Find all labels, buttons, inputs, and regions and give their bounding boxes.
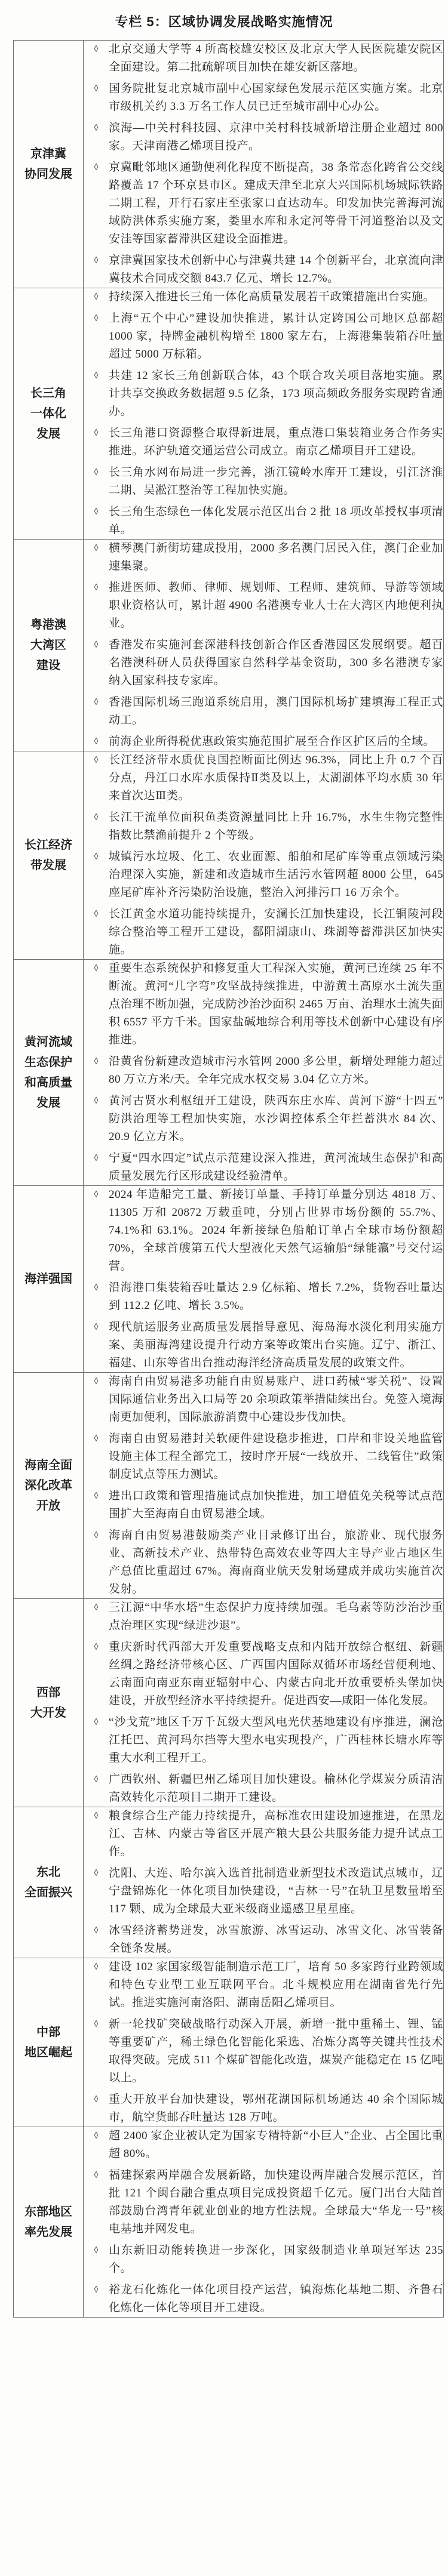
list-item: ◊ 重庆新时代西部大开发重要战略支点和内陆开放综合枢纽、新疆丝绸之路经济带核心区…	[84, 1638, 443, 1710]
region-label: 西部大开发	[14, 1599, 84, 1807]
diamond-bullet-icon: ◊	[85, 848, 107, 866]
region-label: 海南全面深化改革开放	[14, 1373, 84, 1599]
list-item: ◊ 海南自由贸易港封关软硬件建设稳步推进，口岸和非设关地监管设施主体工程全部完工…	[84, 1430, 443, 1484]
list-item: ◊ 京津冀国家技术创新中心与津冀共建 14 个创新平台，北京流向津冀技术合同成交…	[84, 252, 443, 288]
region-label-line: 长三角	[14, 383, 83, 403]
list-item-text: 前海企业所得税优惠政策实施范围扩展至合作区扩区后的全域。	[109, 733, 443, 751]
table-row: 长江经济带发展 ◊ 长江经济带水质优良国控断面比例达 96.3%，同比上升 0.…	[14, 751, 444, 960]
table-row: 海南全面深化改革开放 ◊ 海南自由贸易港多功能自由贸易账户、进口药械“零关税”、…	[14, 1373, 444, 1599]
list-item: ◊ 建设 102 家国家级智能制造示范工厂，培育 50 多家跨行业跨领域和特色专…	[84, 1958, 443, 2012]
diamond-bullet-icon: ◊	[85, 1279, 107, 1297]
region-content: ◊ 三江源“中华水塔”生态保护力度持续加强。毛乌素等防沙治沙重点治理区实现“绿进…	[84, 1599, 444, 1807]
table-row: 海洋强国 ◊ 2024 年造船完工量、新接订单量、手持订单量分别达 4818 万…	[14, 1186, 444, 1373]
list-item: ◊ 长三角生态绿色一体化发展示范区出台 2 批 18 项改革授权事项清单。	[84, 503, 443, 539]
region-label-line: 一体化	[14, 403, 83, 424]
list-item-text: 海南自由贸易港鼓励类产业目录修订出台，旅游业、现代服务业、高新技术产业、热带特色…	[109, 1527, 443, 1598]
list-item-text: 超 2400 家企业被认定为国家专精特新“小巨人”企业、占全国比重超 80%。	[109, 2127, 443, 2163]
region-label-line: 全面振兴	[14, 1882, 83, 1903]
list-item: ◊ 山东新旧动能转换进一步深化，国家级制造业单项冠军达 235 个。	[84, 2242, 443, 2278]
region-label-line: 西部	[14, 1683, 83, 1703]
list-item: ◊ 进出口政策和管理措施试点加快推进，加工增值免关税等试点范围扩大至海南自由贸易…	[84, 1487, 443, 1523]
diamond-bullet-icon: ◊	[85, 464, 107, 482]
diamond-bullet-icon: ◊	[85, 288, 107, 306]
region-label-line: 粤港澳	[14, 615, 83, 635]
list-item-text: 京津冀国家技术创新中心与津冀共建 14 个创新平台，北京流向津冀技术合同成交额 …	[109, 252, 443, 288]
list-item-text: 横琴澳门新街坊建成投用，2000 多名澳门居民入住，澳门企业加速集聚。	[109, 540, 443, 575]
diamond-bullet-icon: ◊	[85, 1527, 107, 1545]
list-item-text: 沈阳、大连、哈尔滨入选首批制造业新型技术改造试点城市，辽宁盘锦炼化一体化项目加快…	[109, 1865, 443, 1918]
list-item: ◊ 现代航运服务业高质量发展指导意见、海岛海水淡化利用实施方案、美丽海湾建设提升…	[84, 1318, 443, 1372]
region-label: 东北全面振兴	[14, 1807, 84, 1958]
list-item: ◊ 2024 年造船完工量、新接订单量、手持订单量分别达 4818 万、1130…	[84, 1186, 443, 1275]
table-row: 东部地区率先发展 ◊ 超 2400 家企业被认定为国家专精特新“小巨人”企业、占…	[14, 2127, 444, 2318]
diamond-bullet-icon: ◊	[85, 2127, 107, 2145]
list-item-text: 海南自由贸易港封关软硬件建设稳步推进，口岸和非设关地监管设施主体工程全部完工，按…	[109, 1430, 443, 1484]
diamond-bullet-icon: ◊	[85, 119, 107, 137]
region-label-line: 开放	[14, 1496, 83, 1516]
list-item-text: 裕龙石化炼化一体化项目投产运营，镇海炼化基地二期、齐鲁石化炼化一体化等项目开工建…	[109, 2281, 443, 2317]
list-item: ◊ 国务院批复北京城市副中心国家绿色发展示范区实施方案。北京市级机关约 3.3 …	[84, 80, 443, 116]
region-label-line: 海洋强国	[14, 1269, 83, 1289]
list-item: ◊ 推进医师、教师、律师、规划师、工程师、建筑师、导游等领域职业资格认可，累计超…	[84, 579, 443, 633]
list-item-text: 京冀毗邻地区通勤便利化程度不断提高，38 条常态化跨省公交线路覆盖 17 个环京…	[109, 159, 443, 248]
list-item: ◊ 重大开放平台加快建设，鄂州花湖国际机场通达 40 余个国际城市，航空货邮吞吐…	[84, 2091, 443, 2127]
region-label-line: 东部地区	[14, 2202, 83, 2222]
diamond-bullet-icon: ◊	[85, 1053, 107, 1071]
list-item: ◊ “沙戈荒”地区千万千瓦级大型风电光伏基地建设有序推进，澜沧江托巴、黄河玛尔挡…	[84, 1714, 443, 1767]
region-label: 黄河流域生态保护和高质量发展	[14, 960, 84, 1186]
list-item-text: 推进医师、教师、律师、规划师、工程师、建筑师、导游等领域职业资格认可，累计超 4…	[109, 579, 443, 633]
list-item: ◊ 海南自由贸易港鼓励类产业目录修订出台，旅游业、现代服务业、高新技术产业、热带…	[84, 1527, 443, 1598]
region-content: ◊ 粮食综合生产能力持续提升，高标准农田建设加速推进，在黑龙江、吉林、内蒙古等省…	[84, 1807, 444, 1958]
list-item-text: 建设 102 家国家级智能制造示范工厂，培育 50 多家跨行业跨领域和特色专业型…	[109, 1958, 443, 2012]
list-item-text: 持续深入推进长三角一体化高质量发展若干政策措施出台实施。	[109, 288, 443, 306]
diamond-bullet-icon: ◊	[85, 694, 107, 711]
list-item: ◊ 长三角水网布局进一步完善，浙江镜岭水库开工建设，引江济淮二期、吴淞江整治等工…	[84, 464, 443, 500]
region-label-line: 建设	[14, 655, 83, 676]
diamond-bullet-icon: ◊	[85, 1373, 107, 1391]
region-content: ◊ 建设 102 家国家级智能制造示范工厂，培育 50 多家跨行业跨领域和特色专…	[84, 1958, 444, 2127]
region-label-line: 东北	[14, 1862, 83, 1882]
diamond-bullet-icon: ◊	[85, 252, 107, 270]
table-row: 粤港澳大湾区建设 ◊ 横琴澳门新街坊建成投用，2000 多名澳门居民入住，澳门企…	[14, 540, 444, 751]
list-item: ◊ 前海企业所得税优惠政策实施范围扩展至合作区扩区后的全域。	[84, 733, 443, 751]
region-content: ◊ 超 2400 家企业被认定为国家专精特新“小巨人”企业、占全国比重超 80%…	[84, 2127, 444, 2318]
diamond-bullet-icon: ◊	[85, 1430, 107, 1448]
diamond-bullet-icon: ◊	[85, 1487, 107, 1505]
diamond-bullet-icon: ◊	[85, 1318, 107, 1336]
diamond-bullet-icon: ◊	[85, 1958, 107, 1976]
diamond-bullet-icon: ◊	[85, 733, 107, 751]
region-content: ◊ 2024 年造船完工量、新接订单量、手持订单量分别达 4818 万、1130…	[84, 1186, 444, 1373]
list-item-text: 长江干流单位面积鱼类资源量同比上升 16.7%，水生生物完整性指数比禁渔前提升 …	[109, 809, 443, 845]
region-label: 京津冀协同发展	[14, 41, 84, 288]
list-item: ◊ 粮食综合生产能力持续提升，高标准农田建设加速推进，在黑龙江、吉林、内蒙古等省…	[84, 1807, 443, 1861]
diamond-bullet-icon: ◊	[85, 80, 107, 98]
diamond-bullet-icon: ◊	[85, 1186, 107, 1204]
region-content: ◊ 北京交通大学等 4 所高校雄安校区及北京大学人民医院雄安院区全面建设。第二批…	[84, 41, 444, 288]
diamond-bullet-icon: ◊	[85, 2091, 107, 2109]
region-content: ◊ 海南自由贸易港多功能自由贸易账户、进口药械“零关税”、设置国际通信业务出入口…	[84, 1373, 444, 1599]
list-item-text: 福建探索两岸融合发展新路，加快建设两岸融合发展示范区，首批 121 个闽台融合重…	[109, 2167, 443, 2238]
region-content: ◊ 重要生态系统保护和修复重大工程深入实施，黄河已连续 25 年不断流。黄河“几…	[84, 960, 444, 1186]
list-item: ◊ 广西钦州、新疆巴州乙烯项目加快建设。榆林化学煤炭分质清洁高效转化示范项目二期…	[84, 1771, 443, 1807]
region-label-line: 京津冀	[14, 144, 83, 164]
list-item: ◊ 黄河古贤水利枢纽开工建设，陕西东庄水库、黄河下游“十四五”防洪治理等工程加快…	[84, 1092, 443, 1146]
list-item-text: 现代航运服务业高质量发展指导意见、海岛海水淡化利用实施方案、美丽海湾建设提升行动…	[109, 1318, 443, 1372]
region-label: 东部地区率先发展	[14, 2127, 84, 2318]
region-label: 长三角一体化发展	[14, 288, 84, 540]
list-item-text: 滨海—中关村科技园、京津中关村科技城新增注册企业超过 800 家。天津南港乙烯项…	[109, 119, 443, 155]
list-item-text: 长三角生态绿色一体化发展示范区出台 2 批 18 项改革授权事项清单。	[109, 503, 443, 539]
diamond-bullet-icon: ◊	[85, 2167, 107, 2184]
diamond-bullet-icon: ◊	[85, 1638, 107, 1656]
list-item-text: 国务院批复北京城市副中心国家绿色发展示范区实施方案。北京市级机关约 3.3 万名…	[109, 80, 443, 116]
region-content: ◊ 持续深入推进长三角一体化高质量发展若干政策措施出台实施。 ◊ 上海“五个中心…	[84, 288, 444, 540]
diamond-bullet-icon: ◊	[85, 540, 107, 557]
diamond-bullet-icon: ◊	[85, 1771, 107, 1789]
list-item: ◊ 北京交通大学等 4 所高校雄安校区及北京大学人民医院雄安院区全面建设。第二批…	[84, 41, 443, 76]
region-label-line: 中部	[14, 2022, 83, 2042]
list-item-text: 香港国际机场三跑道系统启用，澳门国际机场扩建填海工程正式动工。	[109, 694, 443, 729]
list-item-text: 山东新旧动能转换进一步深化，国家级制造业单项冠军达 235 个。	[109, 2242, 443, 2278]
diamond-bullet-icon: ◊	[85, 310, 107, 328]
region-label: 中部地区崛起	[14, 1958, 84, 2127]
list-item: ◊ 滨海—中关村科技园、京津中关村科技城新增注册企业超过 800 家。天津南港乙…	[84, 119, 443, 155]
table-row: 京津冀协同发展 ◊ 北京交通大学等 4 所高校雄安校区及北京大学人民医院雄安院区…	[14, 41, 444, 288]
region-content: ◊ 长江经济带水质优良国控断面比例达 96.3%，同比上升 0.7 个百分点，丹…	[84, 751, 444, 960]
diamond-bullet-icon: ◊	[85, 2281, 107, 2299]
diamond-bullet-icon: ◊	[85, 1865, 107, 1882]
list-item-text: 广西钦州、新疆巴州乙烯项目加快建设。榆林化学煤炭分质清洁高效转化示范项目二期开工…	[109, 1771, 443, 1807]
list-item-text: 重要生态系统保护和修复重大工程深入实施，黄河已连续 25 年不断流。黄河“几字弯…	[109, 960, 443, 1049]
list-item-text: 共建 12 家长三角创新联合体，43 个联合攻关项目落地实施。累计共享交换政务数…	[109, 367, 443, 421]
list-item: ◊ 香港国际机场三跑道系统启用，澳门国际机场扩建填海工程正式动工。	[84, 694, 443, 729]
list-item-text: 冰雪经济蓄势迸发，冰雪旅游、冰雪运动、冰雪文化、冰雪装备全链条发展。	[109, 1922, 443, 1958]
list-item-text: 新一轮找矿突破战略行动深入开展，新增一批中重稀土、锂、锰等重要矿产，稀土绿色化智…	[109, 2016, 443, 2087]
list-item: ◊ 宁夏“四水四定”试点示范建设深入推进，黄河流域生态保护和高质量发展先行区形成…	[84, 1150, 443, 1185]
diamond-bullet-icon: ◊	[85, 905, 107, 923]
list-item-text: “沙戈荒”地区千万千瓦级大型风电光伏基地建设有序推进，澜沧江托巴、黄河玛尔挡等大…	[109, 1714, 443, 1767]
region-label-line: 大开发	[14, 1703, 83, 1723]
list-item-text: 宁夏“四水四定”试点示范建设深入推进，黄河流域生态保护和高质量发展先行区形成建设…	[109, 1150, 443, 1185]
list-item: ◊ 沿黄省份新建改造城市污水管网 2000 多公里，新增处理能力超过 80 万立…	[84, 1053, 443, 1089]
region-label-line: 大湾区	[14, 635, 83, 655]
list-item-text: 重大开放平台加快建设，鄂州花湖国际机场通达 40 余个国际城市，航空货邮吞吐量达…	[109, 2091, 443, 2127]
list-item: ◊ 新一轮找矿突破战略行动深入开展，新增一批中重稀土、锂、锰等重要矿产，稀土绿色…	[84, 2016, 443, 2087]
region-label-line: 发展	[14, 1093, 83, 1113]
list-item-text: 重庆新时代西部大开发重要战略支点和内陆开放综合枢纽、新疆丝绸之路经济带核心区、广…	[109, 1638, 443, 1710]
list-item: ◊ 长三角港口资源整合取得新进展，重点港口集装箱业务合作务实推进。环沪轨道交通运…	[84, 424, 443, 460]
region-label-line: 和高质量	[14, 1073, 83, 1093]
region-label-line: 带发展	[14, 855, 83, 876]
diamond-bullet-icon: ◊	[85, 367, 107, 385]
region-label-line: 率先发展	[14, 2222, 83, 2242]
list-item: ◊ 海南自由贸易港多功能自由贸易账户、进口药械“零关税”、设置国际通信业务出入口…	[84, 1373, 443, 1426]
list-item-text: 三江源“中华水塔”生态保护力度持续加强。毛乌素等防沙治沙重点治理区实现“绿进沙退…	[109, 1599, 443, 1635]
region-label-line: 地区崛起	[14, 2042, 83, 2063]
list-item-text: 长江经济带水质优良国控断面比例达 96.3%，同比上升 0.7 个百分点，丹江口…	[109, 751, 443, 805]
list-item: ◊ 沿海港口集装箱吞吐量达 2.9 亿标箱、增长 7.2%，货物吞吐量达到 11…	[84, 1279, 443, 1315]
list-item-text: 北京交通大学等 4 所高校雄安校区及北京大学人民医院雄安院区全面建设。第二批疏解…	[109, 41, 443, 76]
table-row: 黄河流域生态保护和高质量发展 ◊ 重要生态系统保护和修复重大工程深入实施，黄河已…	[14, 960, 444, 1186]
diamond-bullet-icon: ◊	[85, 2016, 107, 2033]
page-title: 专栏 5：区域协调发展战略实施情况	[6, 12, 442, 30]
list-item: ◊ 长江干流单位面积鱼类资源量同比上升 16.7%，水生生物完整性指数比禁渔前提…	[84, 809, 443, 845]
list-item-text: 上海“五个中心”建设加快推进，累计认定跨国公司地区总部超 1000 家，持牌金融…	[109, 310, 443, 363]
region-table-body: 京津冀协同发展 ◊ 北京交通大学等 4 所高校雄安校区及北京大学人民医院雄安院区…	[14, 41, 444, 2318]
table-row: 西部大开发 ◊ 三江源“中华水塔”生态保护力度持续加强。毛乌素等防沙治沙重点治理…	[14, 1599, 444, 1807]
list-item-text: 香港发布实施河套深港科技创新合作区香港园区发展纲要。超百名港澳科研人员获得国家自…	[109, 636, 443, 690]
list-item: ◊ 持续深入推进长三角一体化高质量发展若干政策措施出台实施。	[84, 288, 443, 306]
list-item: ◊ 超 2400 家企业被认定为国家专精特新“小巨人”企业、占全国比重超 80%…	[84, 2127, 443, 2163]
list-item: ◊ 上海“五个中心”建设加快推进，累计认定跨国公司地区总部超 1000 家，持牌…	[84, 310, 443, 363]
list-item: ◊ 城镇污水垃圾、化工、农业面源、船舶和尾矿库等重点领域污染治理深入实施，新建和…	[84, 848, 443, 902]
diamond-bullet-icon: ◊	[85, 1807, 107, 1825]
list-item: ◊ 冰雪经济蓄势迸发，冰雪旅游、冰雪运动、冰雪文化、冰雪装备全链条发展。	[84, 1922, 443, 1958]
region-label-line: 生态保护	[14, 1052, 83, 1073]
list-item: ◊ 三江源“中华水塔”生态保护力度持续加强。毛乌素等防沙治沙重点治理区实现“绿进…	[84, 1599, 443, 1635]
diamond-bullet-icon: ◊	[85, 159, 107, 177]
list-item: ◊ 长江黄金水道功能持续提升，安澜长江加快建设，长江铜陵河段综合整治等工程开工建…	[84, 905, 443, 959]
list-item-text: 黄河古贤水利枢纽开工建设，陕西东庄水库、黄河下游“十四五”防洪治理等工程加快实施…	[109, 1092, 443, 1146]
table-row: 中部地区崛起 ◊ 建设 102 家国家级智能制造示范工厂，培育 50 多家跨行业…	[14, 1958, 444, 2127]
region-label: 海洋强国	[14, 1186, 84, 1373]
list-item: ◊ 香港发布实施河套深港科技创新合作区香港园区发展纲要。超百名港澳科研人员获得国…	[84, 636, 443, 690]
region-content: ◊ 横琴澳门新街坊建成投用，2000 多名澳门居民入住，澳门企业加速集聚。 ◊ …	[84, 540, 444, 751]
list-item-text: 长三角水网布局进一步完善，浙江镜岭水库开工建设，引江济淮二期、吴淞江整治等工程加…	[109, 464, 443, 500]
document-page: 专栏 5：区域协调发展战略实施情况 京津冀协同发展 ◊ 北京交通大学等 4 所高…	[0, 0, 448, 2328]
region-table: 京津冀协同发展 ◊ 北京交通大学等 4 所高校雄安校区及北京大学人民医院雄安院区…	[13, 40, 444, 2318]
region-label: 粤港澳大湾区建设	[14, 540, 84, 751]
list-item-text: 长三角港口资源整合取得新进展，重点港口集装箱业务合作务实推进。环沪轨道交通运营公…	[109, 424, 443, 460]
list-item-text: 粮食综合生产能力持续提升，高标准农田建设加速推进，在黑龙江、吉林、内蒙古等省区开…	[109, 1807, 443, 1861]
region-label-line: 深化改革	[14, 1475, 83, 1496]
diamond-bullet-icon: ◊	[85, 503, 107, 521]
region-label: 长江经济带发展	[14, 751, 84, 960]
diamond-bullet-icon: ◊	[85, 1599, 107, 1617]
list-item-text: 沿海港口集装箱吞吐量达 2.9 亿标箱、增长 7.2%，货物吞吐量达到 112.…	[109, 1279, 443, 1315]
list-item: ◊ 裕龙石化炼化一体化项目投产运营，镇海炼化基地二期、齐鲁石化炼化一体化等项目开…	[84, 2281, 443, 2317]
diamond-bullet-icon: ◊	[85, 1922, 107, 1940]
diamond-bullet-icon: ◊	[85, 751, 107, 769]
diamond-bullet-icon: ◊	[85, 2242, 107, 2260]
list-item: ◊ 长江经济带水质优良国控断面比例达 96.3%，同比上升 0.7 个百分点，丹…	[84, 751, 443, 805]
diamond-bullet-icon: ◊	[85, 809, 107, 827]
diamond-bullet-icon: ◊	[85, 41, 107, 58]
list-item: ◊ 京冀毗邻地区通勤便利化程度不断提高，38 条常态化跨省公交线路覆盖 17 个…	[84, 159, 443, 248]
list-item-text: 长江黄金水道功能持续提升，安澜长江加快建设，长江铜陵河段综合整治等工程开工建设，…	[109, 905, 443, 959]
region-label-line: 海南全面	[14, 1455, 83, 1475]
list-item-text: 2024 年造船完工量、新接订单量、手持订单量分别达 4818 万、11305 …	[109, 1186, 443, 1275]
list-item-text: 沿黄省份新建改造城市污水管网 2000 多公里，新增处理能力超过 80 万立方米…	[109, 1053, 443, 1089]
diamond-bullet-icon: ◊	[85, 579, 107, 597]
list-item: ◊ 重要生态系统保护和修复重大工程深入实施，黄河已连续 25 年不断流。黄河“几…	[84, 960, 443, 1049]
list-item-text: 城镇污水垃圾、化工、农业面源、船舶和尾矿库等重点领域污染治理深入实施，新建和改造…	[109, 848, 443, 902]
diamond-bullet-icon: ◊	[85, 424, 107, 442]
list-item-text: 海南自由贸易港多功能自由贸易账户、进口药械“零关税”、设置国际通信业务出入口局等…	[109, 1373, 443, 1426]
diamond-bullet-icon: ◊	[85, 636, 107, 654]
diamond-bullet-icon: ◊	[85, 960, 107, 978]
region-label-line: 长江经济	[14, 835, 83, 855]
list-item: ◊ 沈阳、大连、哈尔滨入选首批制造业新型技术改造试点城市，辽宁盘锦炼化一体化项目…	[84, 1865, 443, 1918]
table-row: 东北全面振兴 ◊ 粮食综合生产能力持续提升，高标准农田建设加速推进，在黑龙江、吉…	[14, 1807, 444, 1958]
region-label-line: 协同发展	[14, 164, 83, 184]
table-row: 长三角一体化发展 ◊ 持续深入推进长三角一体化高质量发展若干政策措施出台实施。 …	[14, 288, 444, 540]
list-item: ◊ 福建探索两岸融合发展新路，加快建设两岸融合发展示范区，首批 121 个闽台融…	[84, 2167, 443, 2238]
diamond-bullet-icon: ◊	[85, 1714, 107, 1731]
region-label-line: 黄河流域	[14, 1032, 83, 1052]
diamond-bullet-icon: ◊	[85, 1092, 107, 1110]
list-item: ◊ 共建 12 家长三角创新联合体，43 个联合攻关项目落地实施。累计共享交换政…	[84, 367, 443, 421]
list-item-text: 进出口政策和管理措施试点加快推进，加工增值免关税等试点范围扩大至海南自由贸易港全…	[109, 1487, 443, 1523]
diamond-bullet-icon: ◊	[85, 1150, 107, 1167]
region-label-line: 发展	[14, 424, 83, 444]
list-item: ◊ 横琴澳门新街坊建成投用，2000 多名澳门居民入住，澳门企业加速集聚。	[84, 540, 443, 575]
